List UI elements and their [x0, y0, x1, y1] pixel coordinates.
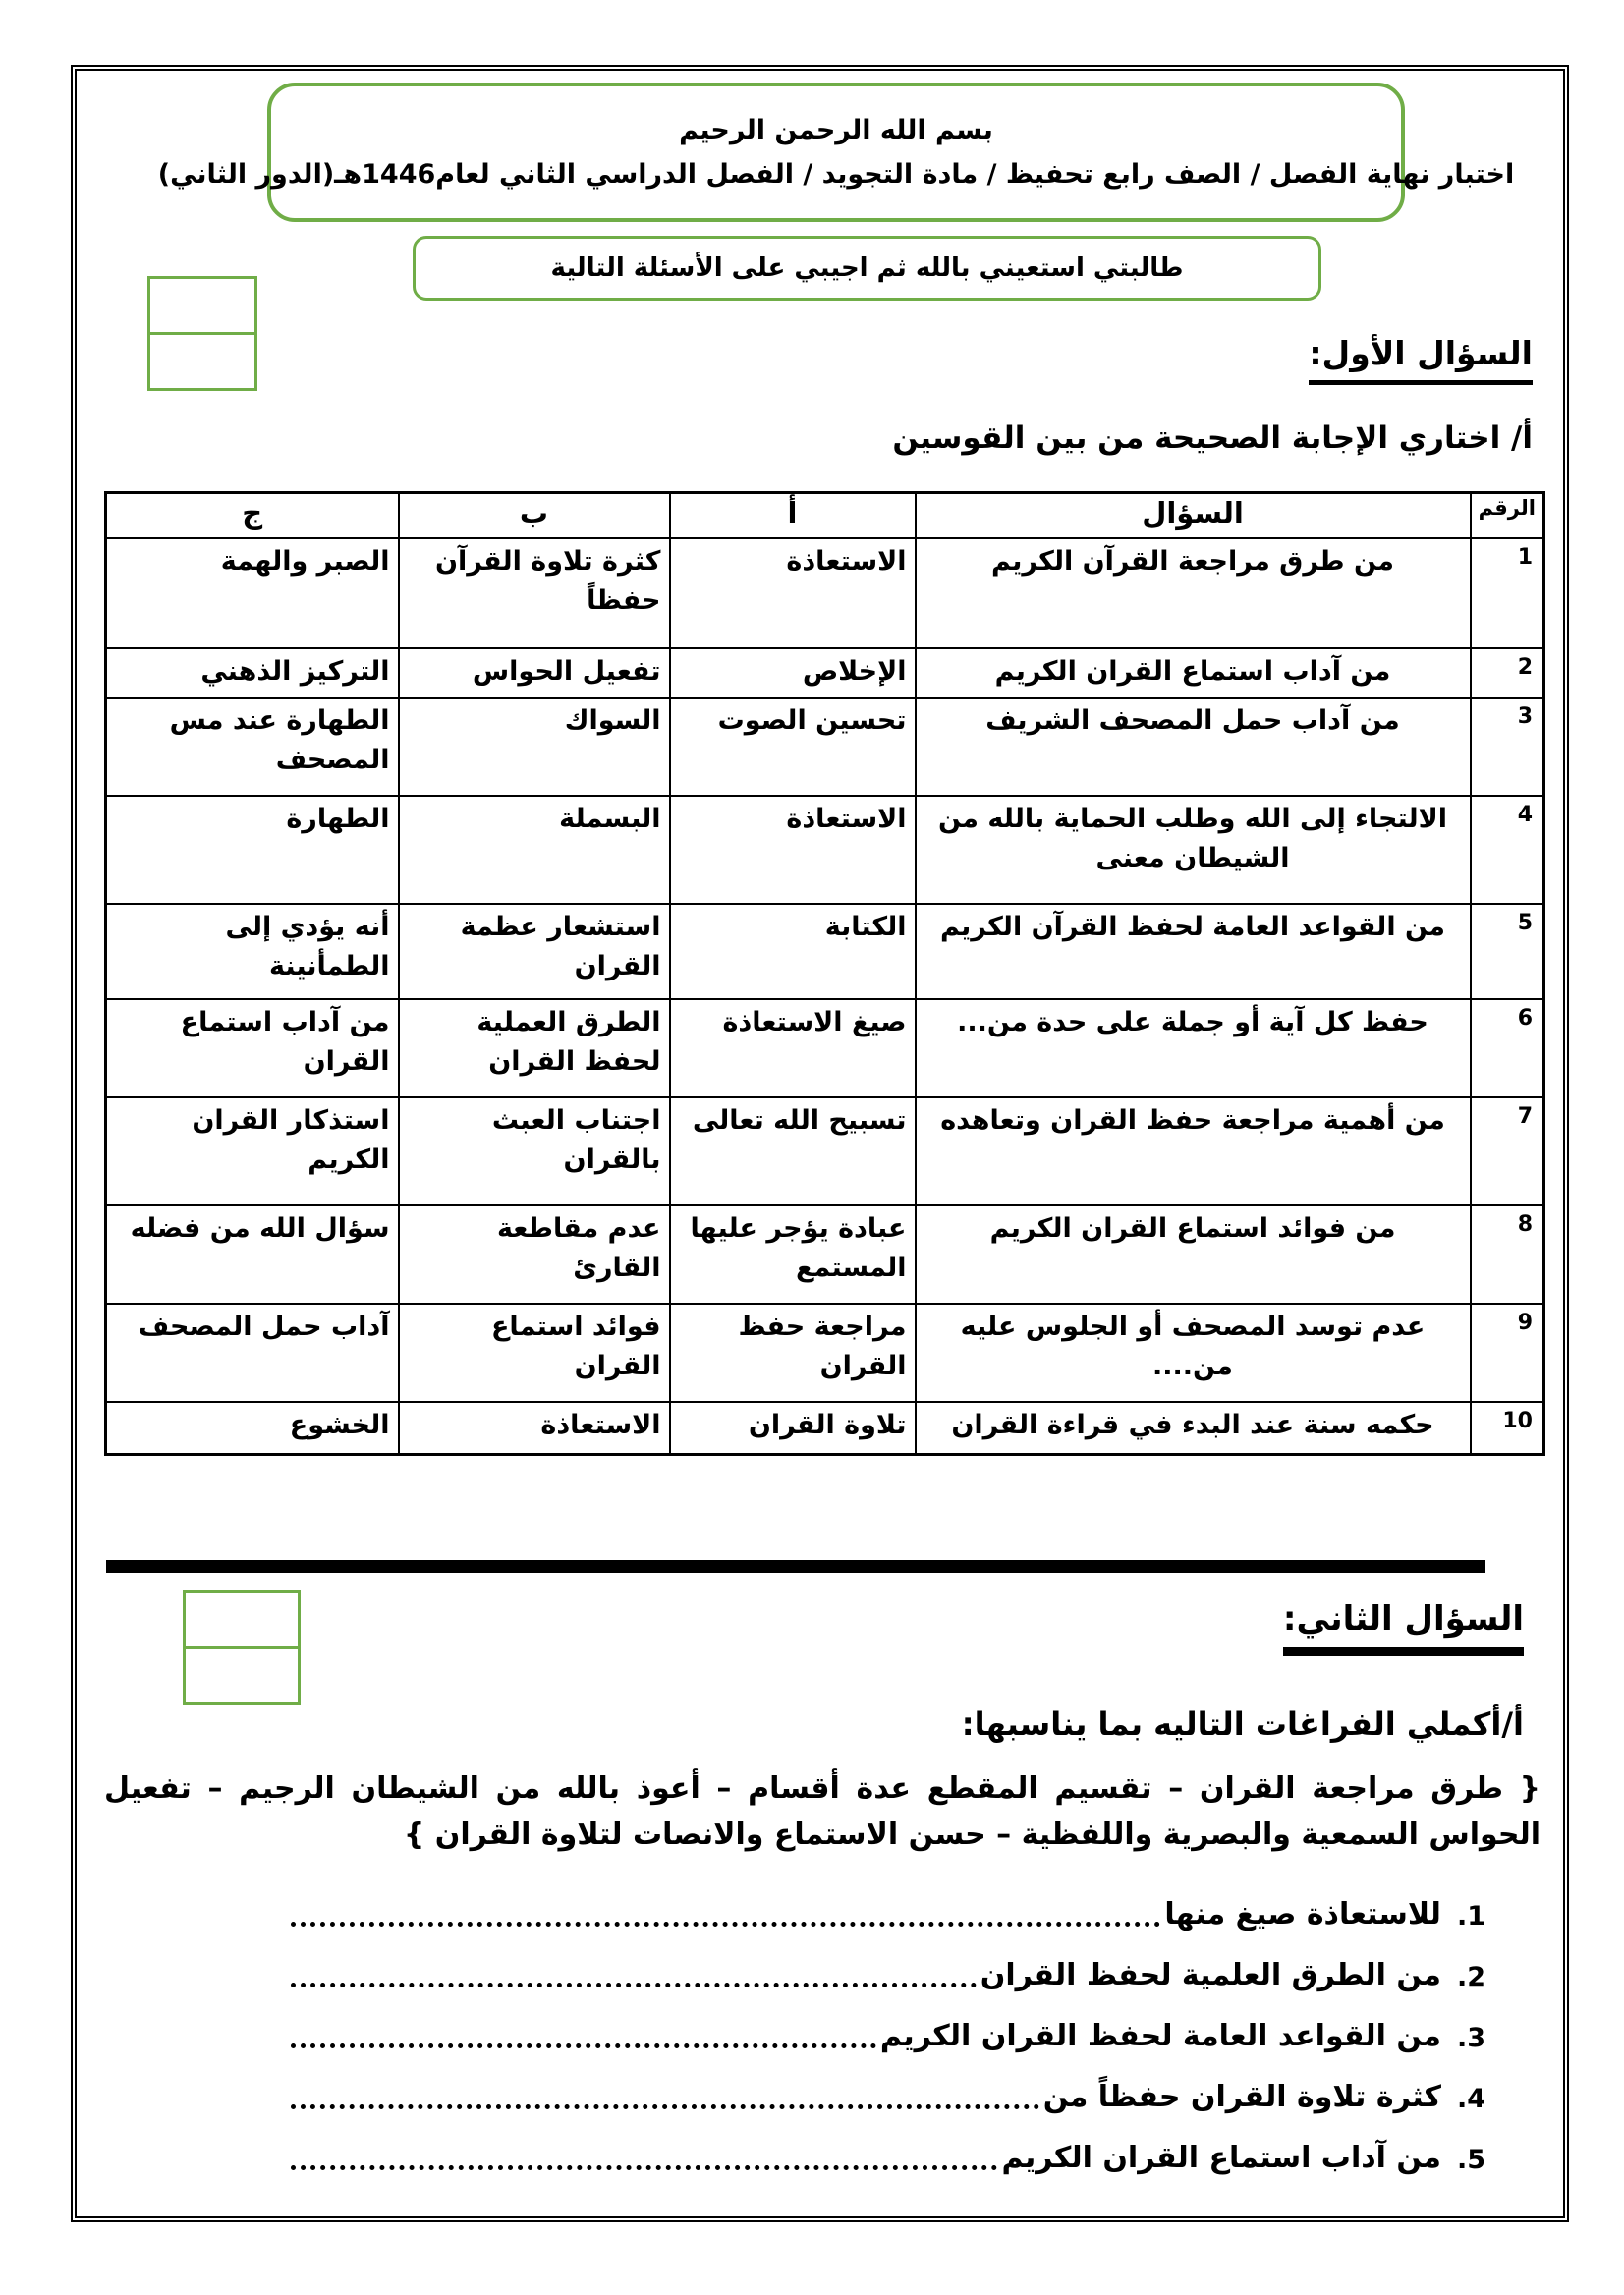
item-number: 4.	[1457, 2081, 1485, 2118]
word-bank: { طرق مراجعة القران – تقسيم المقطع عدة أ…	[104, 1766, 1540, 1858]
mcq-table: الرقم السؤال أ ب ج 1 من طرق مراجعة القرآ…	[104, 491, 1545, 1456]
option-c-cell: التركيز الذهني	[106, 648, 399, 698]
fill-in-blank-item: 2. من الطرق العلمية لحفظ القران	[104, 1955, 1542, 1996]
question-cell: من القواعد العامة لحفظ القرآن الكريم	[916, 904, 1471, 999]
option-b-cell: فوائد استماع القران	[399, 1304, 670, 1402]
table-row: 3 من آداب حمل المصحف الشريف تحسين الصوت …	[106, 698, 1544, 796]
table-row: 5 من القواعد العامة لحفظ القرآن الكريم ا…	[106, 904, 1544, 999]
row-number: 3	[1471, 698, 1544, 796]
option-c-cell: استذكار القران الكريم	[106, 1097, 399, 1205]
option-c-cell: سؤال الله من فضله	[106, 1205, 399, 1304]
item-text: للاستعاذة صيغ منها	[1164, 1894, 1441, 1935]
fill-in-blank-item: 3. من القواعد العامة لحفظ القران الكريم	[104, 2016, 1542, 2057]
item-text: من القواعد العامة لحفظ القران الكريم	[880, 2016, 1441, 2057]
row-number: 10	[1471, 1402, 1544, 1455]
dotted-blank-line	[291, 1983, 977, 1987]
row-number: 1	[1471, 538, 1544, 648]
mcq-table-body: 1 من طرق مراجعة القرآن الكريم الاستعاذة …	[106, 538, 1544, 1455]
option-c-cell: من آداب استماع القران	[106, 999, 399, 1097]
question-cell: عدم توسد المصحف أو الجلوس عليه من....	[916, 1304, 1471, 1402]
score-box	[147, 276, 257, 335]
item-number: 5.	[1457, 2142, 1485, 2179]
item-number: 2.	[1457, 1959, 1485, 1996]
option-b-cell: الطرق العملية لحفظ القران	[399, 999, 670, 1097]
table-row: 7 من أهمية مراجعة حفظ القران وتعاهده تسب…	[106, 1097, 1544, 1205]
table-row: 1 من طرق مراجعة القرآن الكريم الاستعاذة …	[106, 538, 1544, 648]
option-a-cell: تسبيح الله تعالى	[670, 1097, 916, 1205]
bismillah-text: بسم الله الرحمن الرحيم	[679, 115, 993, 145]
table-row: 8 من فوائد استماع القران الكريم عبادة يؤ…	[106, 1205, 1544, 1304]
fill-in-blank-item: 4. كثرة تلاوة القران حفظاً من	[104, 2077, 1542, 2118]
question-cell: من آداب حمل المصحف الشريف	[916, 698, 1471, 796]
option-a-cell: الكتابة	[670, 904, 916, 999]
exam-title: اختبار نهاية الفصل / الصف رابع تحفيظ / م…	[158, 159, 1514, 190]
exam-header-box: بسم الله الرحمن الرحيم اختبار نهاية الفص…	[267, 83, 1405, 222]
row-number: 6	[1471, 999, 1544, 1097]
section1-subheading: أ/ اختاري الإجابة الصحيحة من بين القوسين	[892, 420, 1533, 456]
question-cell: حكمه سنة عند البدء في قراءة القران	[916, 1402, 1471, 1455]
option-b-cell: تفعيل الحواس	[399, 648, 670, 698]
table-row: 2 من آداب استماع القران الكريم الإخلاص ت…	[106, 648, 1544, 698]
option-a-cell: صيغ الاستعاذة	[670, 999, 916, 1097]
dotted-blank-line	[291, 2104, 1039, 2109]
option-b-cell: الاستعاذة	[399, 1402, 670, 1455]
dotted-blank-line	[291, 2165, 997, 2170]
fill-in-blank-item: 5. من آداب استماع القران الكريم	[104, 2138, 1542, 2179]
option-b-cell: اجتناب العبث بالقران	[399, 1097, 670, 1205]
question-cell: الالتجاء إلى الله وطلب الحماية بالله من …	[916, 796, 1471, 904]
score-boxes-section1	[147, 276, 257, 391]
row-number: 4	[1471, 796, 1544, 904]
item-number: 1.	[1457, 1898, 1485, 1935]
item-text: من الطرق العلمية لحفظ القران	[980, 1955, 1441, 1996]
table-row: 4 الالتجاء إلى الله وطلب الحماية بالله م…	[106, 796, 1544, 904]
option-a-cell: الإخلاص	[670, 648, 916, 698]
dotted-blank-line	[291, 1922, 1160, 1927]
row-number: 8	[1471, 1205, 1544, 1304]
question-cell: حفظ كل آية أو جملة على حدة من...	[916, 999, 1471, 1097]
option-a-cell: تلاوة القران	[670, 1402, 916, 1455]
section2-heading: السؤال الثاني:	[1283, 1599, 1524, 1656]
score-boxes-section2	[183, 1590, 301, 1705]
fill-in-blank-item: 1. للاستعاذة صيغ منها	[104, 1894, 1542, 1935]
table-row: 6 حفظ كل آية أو جملة على حدة من... صيغ ا…	[106, 999, 1544, 1097]
question-cell: من طرق مراجعة القرآن الكريم	[916, 538, 1471, 648]
fill-in-blank-list: 1. للاستعاذة صيغ منها 2. من الطرق العلمي…	[104, 1894, 1542, 2199]
score-box	[147, 332, 257, 391]
student-instruction-text: طالبتي استعيني بالله ثم اجيبي على الأسئل…	[551, 253, 1184, 283]
option-c-cell: آداب حمل المصحف	[106, 1304, 399, 1402]
student-instruction-box: طالبتي استعيني بالله ثم اجيبي على الأسئل…	[413, 236, 1321, 301]
score-box	[183, 1590, 301, 1649]
item-text: كثرة تلاوة القران حفظاً من	[1043, 2077, 1441, 2118]
column-header-option-c: ج	[106, 493, 399, 538]
option-c-cell: الطهارة عند مس المصحف	[106, 698, 399, 796]
score-box	[183, 1646, 301, 1705]
option-c-cell: الصبر والهمة	[106, 538, 399, 648]
section-divider-bar	[106, 1560, 1485, 1573]
option-c-cell: أنه يؤدي إلى الطمأنينة	[106, 904, 399, 999]
option-a-cell: مراجعة حفظ القران	[670, 1304, 916, 1402]
section1-heading: السؤال الأول:	[1309, 334, 1533, 385]
question-cell: من آداب استماع القران الكريم	[916, 648, 1471, 698]
column-header-number: الرقم	[1471, 493, 1544, 538]
option-a-cell: الاستعاذة	[670, 796, 916, 904]
option-c-cell: الخشوع	[106, 1402, 399, 1455]
option-b-cell: عدم مقاطعة القارئ	[399, 1205, 670, 1304]
question-cell: من فوائد استماع القران الكريم	[916, 1205, 1471, 1304]
option-c-cell: الطهارة	[106, 796, 399, 904]
item-number: 3.	[1457, 2020, 1485, 2057]
column-header-option-b: ب	[399, 493, 670, 538]
row-number: 2	[1471, 648, 1544, 698]
option-b-cell: السواك	[399, 698, 670, 796]
option-a-cell: الاستعاذة	[670, 538, 916, 648]
option-a-cell: عبادة يؤجر عليها المستمع	[670, 1205, 916, 1304]
option-b-cell: استشعار عظمة القران	[399, 904, 670, 999]
option-a-cell: تحسين الصوت	[670, 698, 916, 796]
table-row: 9 عدم توسد المصحف أو الجلوس عليه من.... …	[106, 1304, 1544, 1402]
table-row: 10 حكمه سنة عند البدء في قراءة القران تل…	[106, 1402, 1544, 1455]
row-number: 9	[1471, 1304, 1544, 1402]
row-number: 7	[1471, 1097, 1544, 1205]
mcq-table-header-row: الرقم السؤال أ ب ج	[106, 493, 1544, 538]
row-number: 5	[1471, 904, 1544, 999]
section2-subheading: أ/أكملي الفراغات التاليه بما يناسبها:	[962, 1706, 1524, 1743]
option-b-cell: كثرة تلاوة القرآن حفظاً	[399, 538, 670, 648]
page-border-frame: بسم الله الرحمن الرحيم اختبار نهاية الفص…	[71, 65, 1569, 2222]
dotted-blank-line	[291, 2043, 876, 2048]
option-b-cell: البسملة	[399, 796, 670, 904]
column-header-question: السؤال	[916, 493, 1471, 538]
item-text: من آداب استماع القران الكريم	[1001, 2138, 1441, 2179]
question-cell: من أهمية مراجعة حفظ القران وتعاهده	[916, 1097, 1471, 1205]
column-header-option-a: أ	[670, 493, 916, 538]
